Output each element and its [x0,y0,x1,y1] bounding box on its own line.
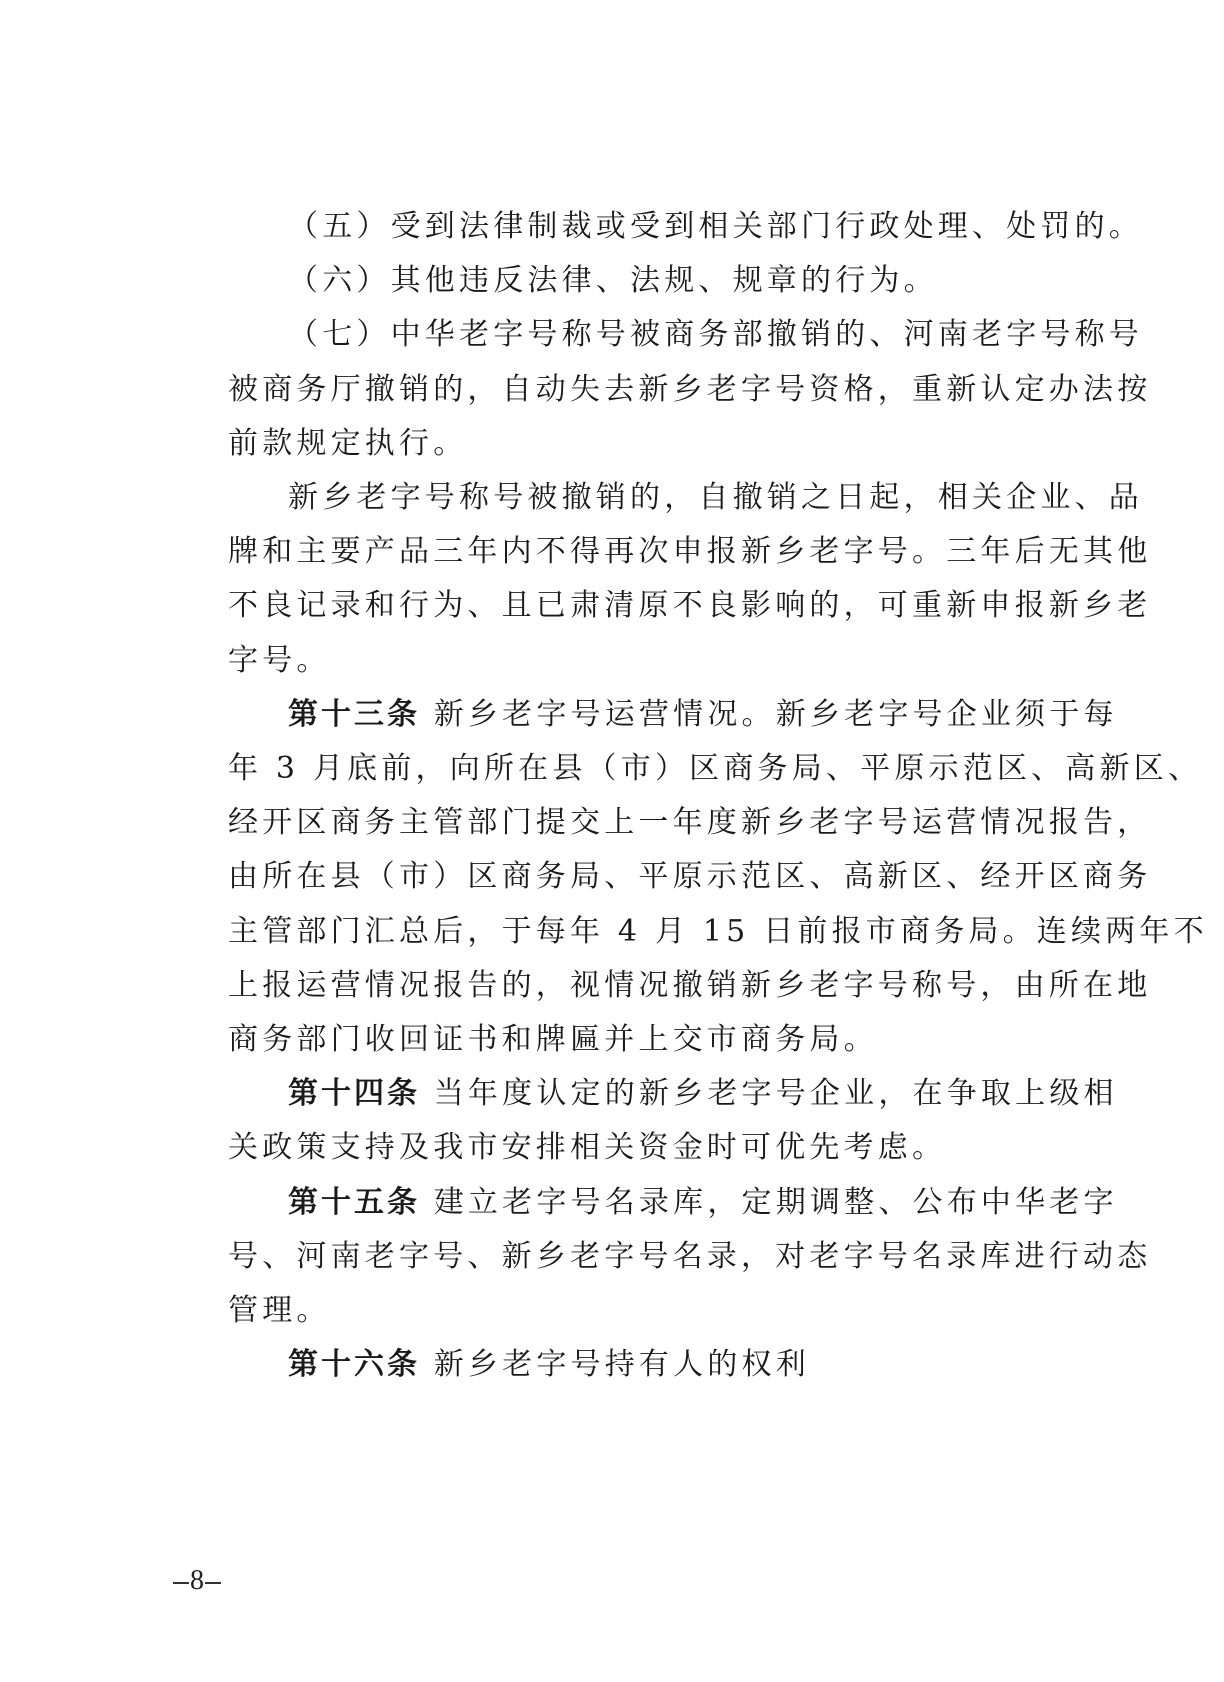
text-line: 被商务厅撤销的，自动失去新乡老字号资格，重新认定办法按 [168,363,986,417]
text-line: 不良记录和行为、且已肃清原不良影响的，可重新申报新乡老 [168,579,986,633]
article-heading: 第十六条 [288,1347,420,1382]
text-line: （五）受到法律制裁或受到相关部门行政处理、处罚的。 [168,200,986,254]
text-line: 第十五条 建立老字号名录库，定期调整、公布中华老字 [168,1176,986,1230]
dash-right [205,1582,221,1584]
document-page: （五）受到法律制裁或受到相关部门行政处理、处罚的。 （六）其他违反法律、法规、规… [168,200,986,1392]
page-number: 8 [190,1565,204,1596]
text-line: 字号。 [168,634,986,688]
article-text: 新乡老字号持有人的权利 [420,1347,810,1382]
text-line: 商务部门收回证书和牌匾并上交市商务局。 [168,1013,986,1067]
article-text: 当年度认定的新乡老字号企业，在争取上级相 [420,1076,1118,1111]
article-text: 新乡老字号运营情况。新乡老字号企业须于每 [420,697,1118,732]
text-line: 前款规定执行。 [168,417,986,471]
text-line: 关政策支持及我市安排相关资金时可优先考虑。 [168,1121,986,1175]
text-line: 号、河南老字号、新乡老字号名录，对老字号名录库进行动态 [168,1230,986,1284]
dash-left [173,1582,189,1584]
text-line: 新乡老字号称号被撤销的，自撤销之日起，相关企业、品 [168,471,986,525]
text-line: 牌和主要产品三年内不得再次申报新乡老字号。三年后无其他 [168,525,986,579]
text-line: 第十四条 当年度认定的新乡老字号企业，在争取上级相 [168,1067,986,1121]
article-heading: 第十三条 [288,697,420,732]
paragraph-item-7: （七）中华老字号称号被商务部撤销的、河南老字号称号 被商务厅撤销的，自动失去新乡… [168,308,986,471]
text-line: 年 3 月底前，向所在县（市）区商务局、平原示范区、高新区、 [168,742,986,796]
text-line: 管理。 [168,1284,986,1338]
paragraph-article-16: 第十六条 新乡老字号持有人的权利 [168,1338,986,1392]
paragraph-revocation-note: 新乡老字号称号被撤销的，自撤销之日起，相关企业、品 牌和主要产品三年内不得再次申… [168,471,986,688]
text-line: 主管部门汇总后，于每年 4 月 15 日前报市商务局。连续两年不 [168,905,986,959]
text-line: 第十三条 新乡老字号运营情况。新乡老字号企业须于每 [168,688,986,742]
text-line: 由所在县（市）区商务局、平原示范区、高新区、经开区商务 [168,850,986,904]
text-line: 上报运营情况报告的，视情况撤销新乡老字号称号，由所在地 [168,959,986,1013]
text-line: 经开区商务主管部门提交上一年度新乡老字号运营情况报告， [168,796,986,850]
article-text: 建立老字号名录库，定期调整、公布中华老字 [420,1185,1118,1220]
article-heading: 第十四条 [288,1076,420,1111]
text-line: 第十六条 新乡老字号持有人的权利 [168,1338,986,1392]
page-footer: 8 [172,1565,222,1597]
text-line: （七）中华老字号称号被商务部撤销的、河南老字号称号 [168,308,986,362]
paragraph-article-14: 第十四条 当年度认定的新乡老字号企业，在争取上级相 关政策支持及我市安排相关资金… [168,1067,986,1175]
paragraph-article-15: 第十五条 建立老字号名录库，定期调整、公布中华老字 号、河南老字号、新乡老字号名… [168,1176,986,1339]
article-heading: 第十五条 [288,1185,420,1220]
paragraph-item-5: （五）受到法律制裁或受到相关部门行政处理、处罚的。 [168,200,986,254]
paragraph-article-13: 第十三条 新乡老字号运营情况。新乡老字号企业须于每 年 3 月底前，向所在县（市… [168,688,986,1067]
paragraph-item-6: （六）其他违反法律、法规、规章的行为。 [168,254,986,308]
text-line: （六）其他违反法律、法规、规章的行为。 [168,254,986,308]
